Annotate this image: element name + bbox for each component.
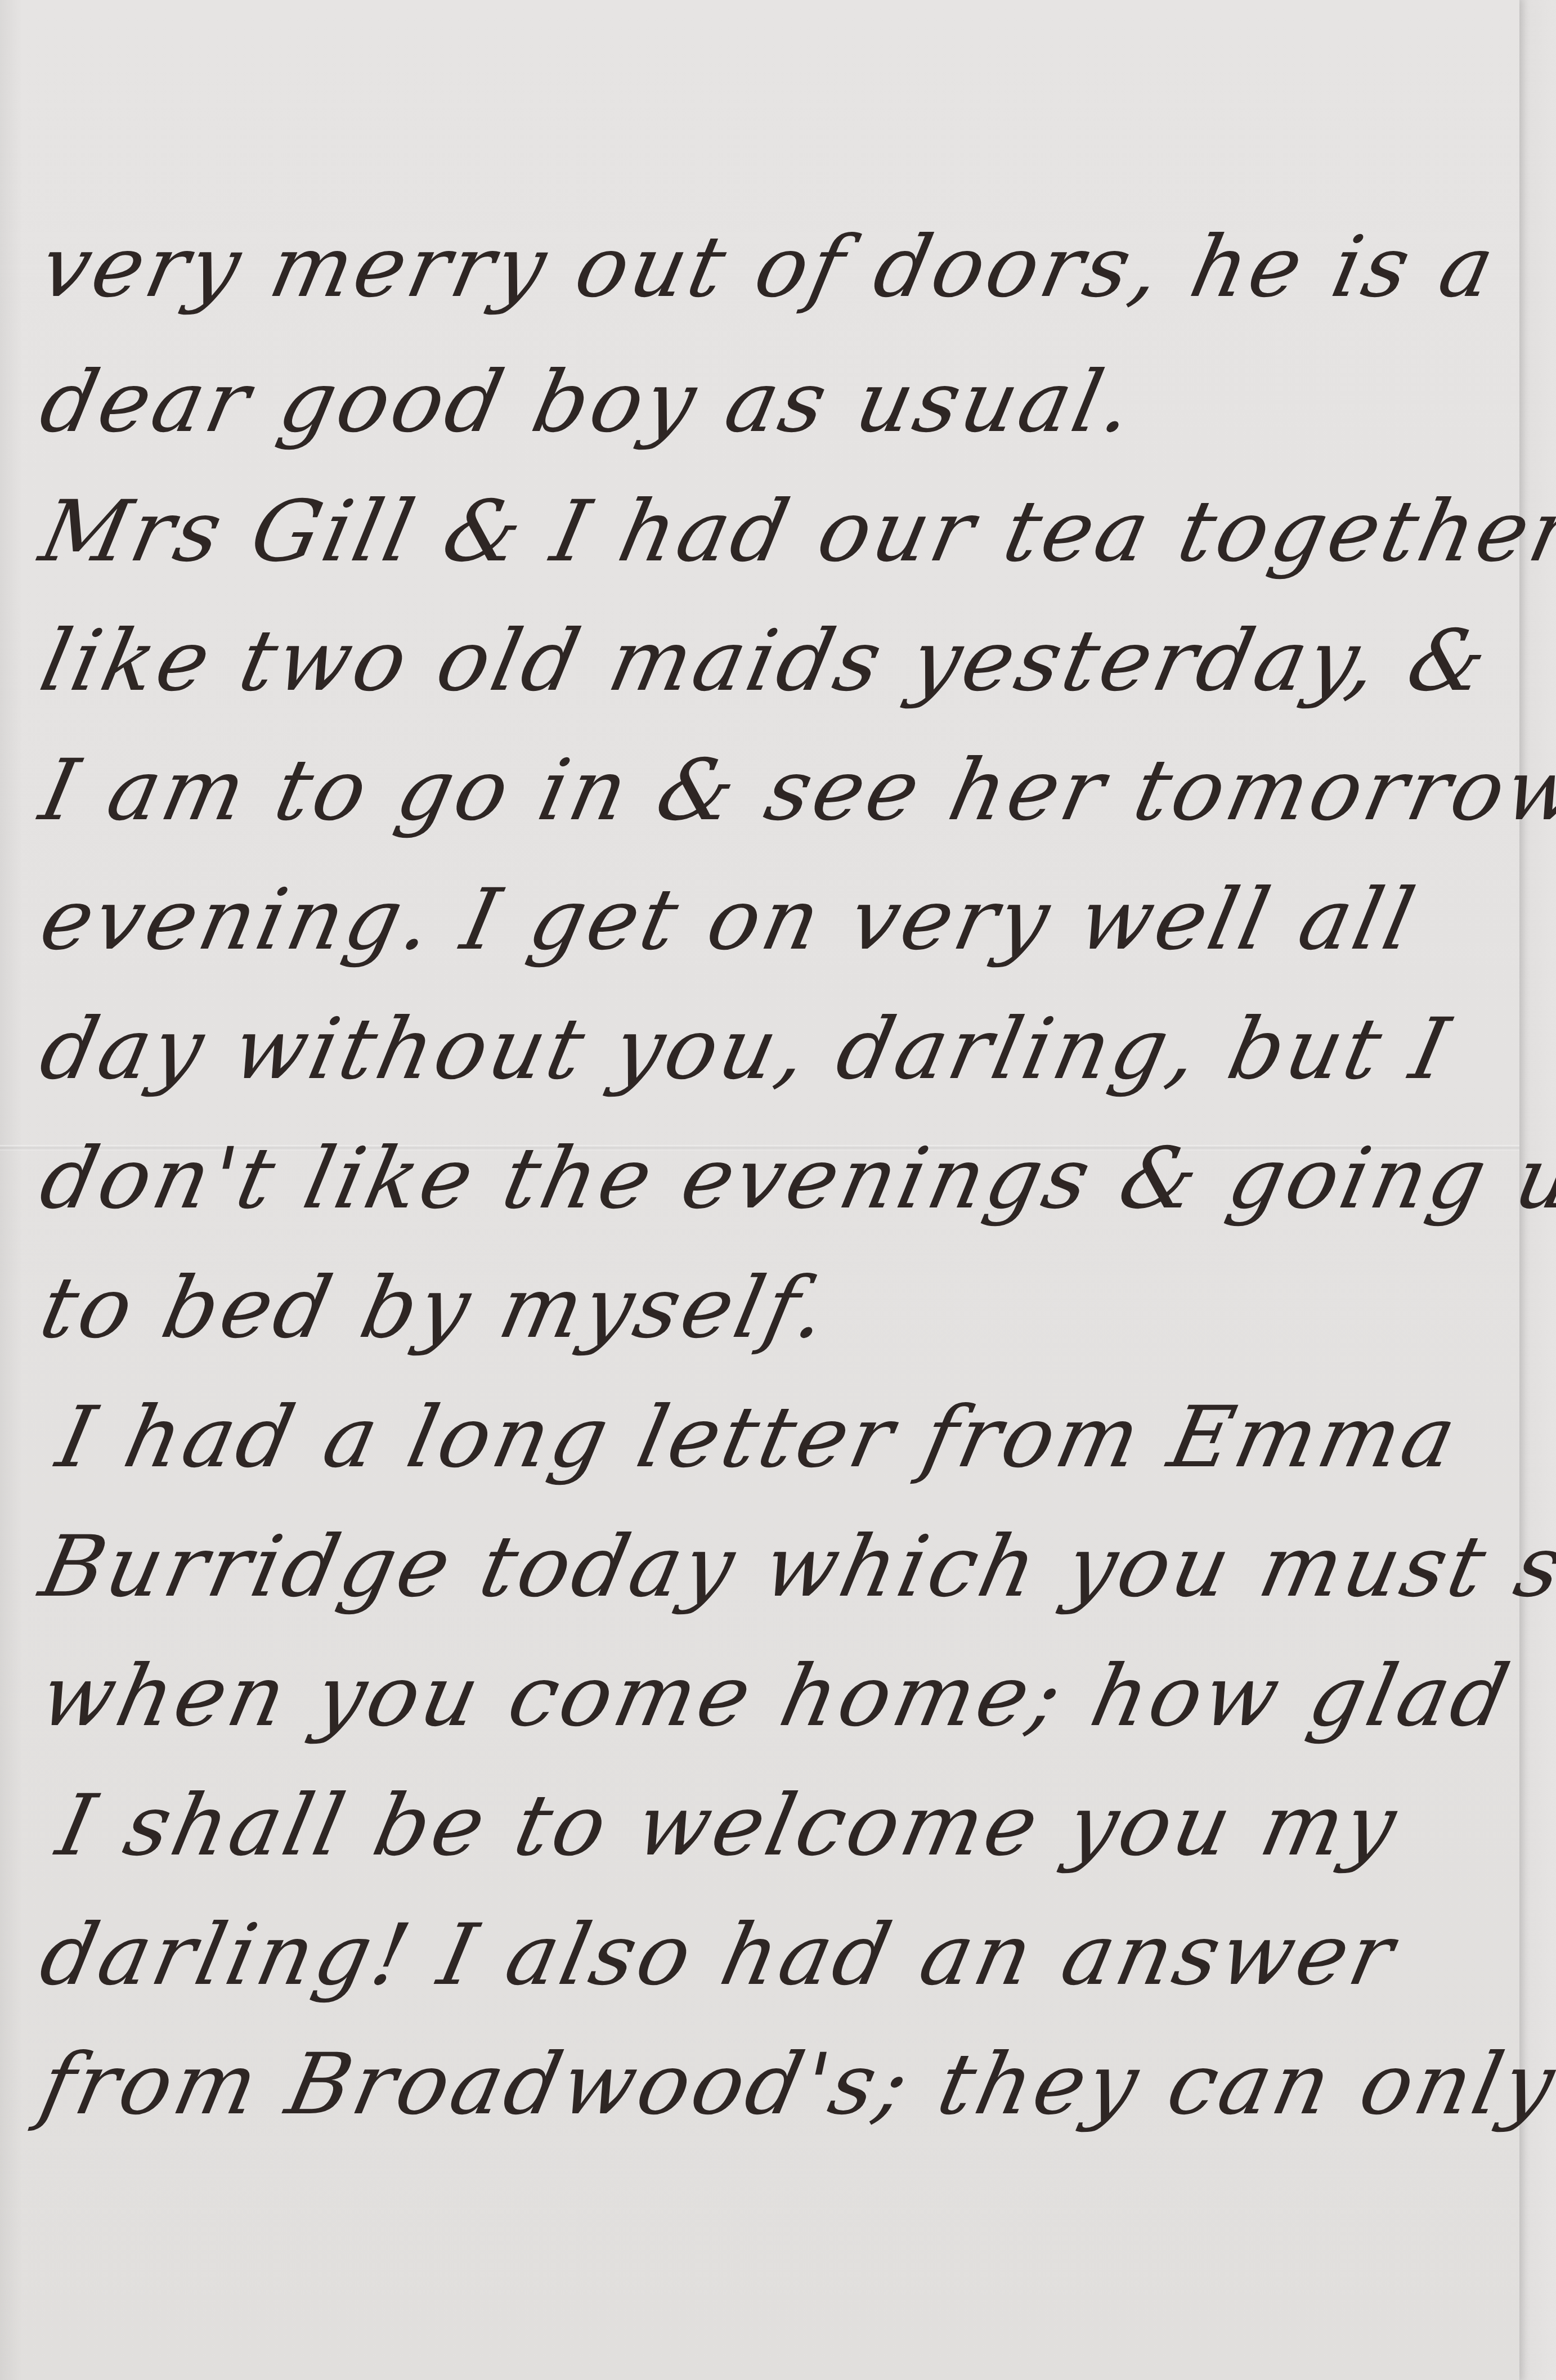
letter-line: darling! I also had an answer	[34, 1913, 1515, 1997]
letter-line: Mrs Gill & I had our tea together	[34, 490, 1515, 574]
letter-line: very merry out of doors, he is a	[34, 225, 1515, 309]
letter-line: when you come home; how glad	[34, 1654, 1515, 1739]
letter-line: evening. I get on very well all	[34, 878, 1515, 962]
letter-line: I had a long letter from Emma	[51, 1395, 1532, 1480]
letter-line: like two old maids yesterday, &	[34, 619, 1515, 703]
letter-page: very merry out of doors, he is a dear go…	[0, 0, 1519, 2380]
letter-line: I shall be to welcome you my	[51, 1784, 1532, 1868]
letter-line: I am to go in & see her tomorrow	[34, 748, 1515, 833]
letter-line: from Broadwood's; they can only	[34, 2042, 1515, 2127]
letter-line: day without you, darling, but I	[34, 1007, 1515, 1092]
letter-line: don't like the evenings & going up	[34, 1137, 1515, 1221]
letter-line: dear good boy as usual.	[34, 360, 1515, 444]
letter-line: Burridge today which you must see	[34, 1525, 1515, 1609]
letter-line: to bed by myself.	[34, 1266, 1515, 1350]
